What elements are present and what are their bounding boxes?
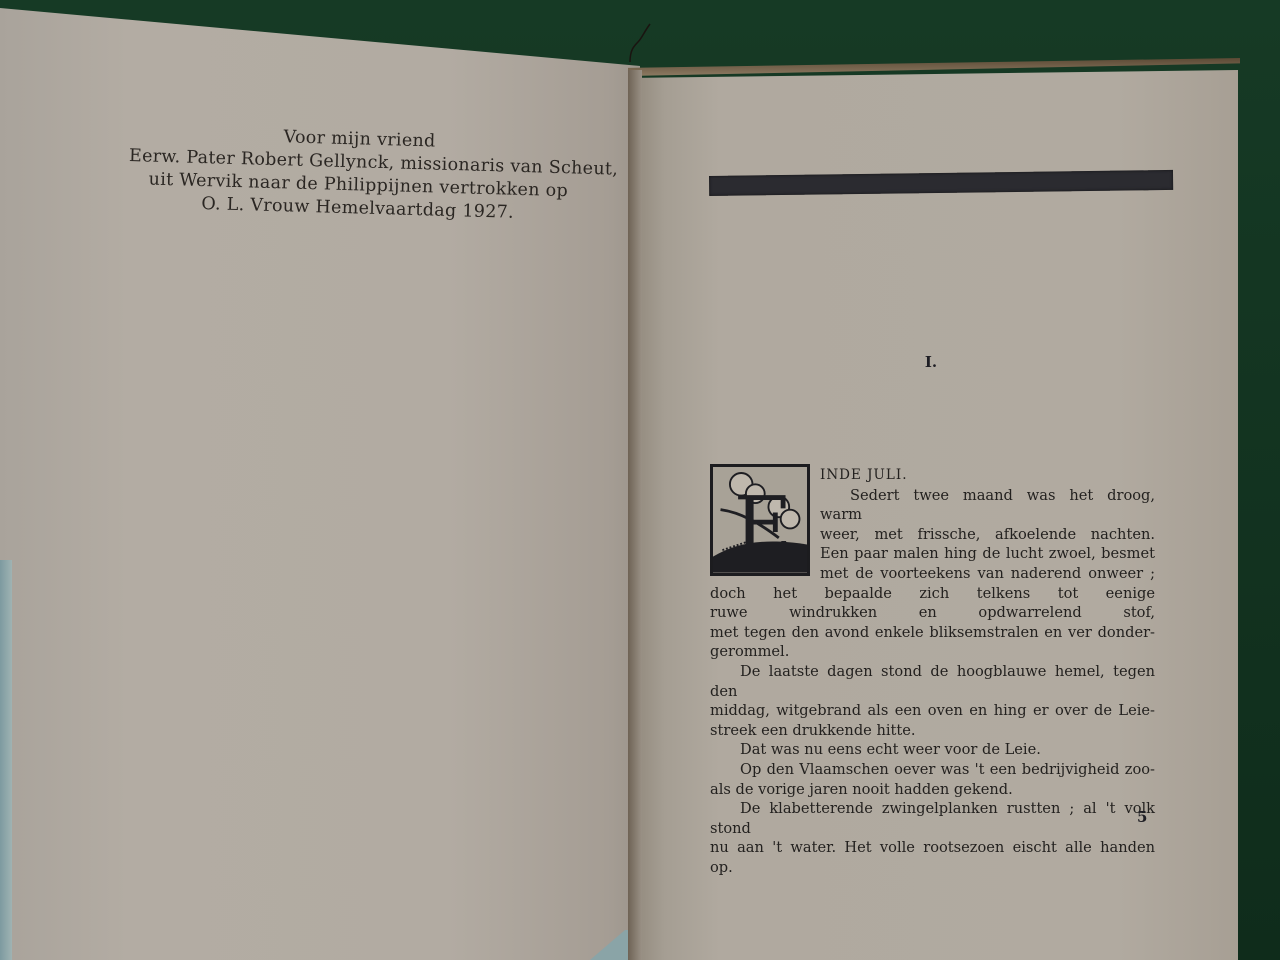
- page-number: 5: [1137, 808, 1147, 826]
- text-line: ruwe windrukken en opdwarrelend stof,: [710, 603, 1155, 623]
- text-line: De klabetterende zwingelplanken rustten …: [710, 799, 1155, 838]
- chapter-body-text: E INDE JULI. Sedert twee maand was het d…: [710, 466, 1155, 877]
- text-line: nu aan 't water. Het volle rootsezoen ei…: [710, 838, 1155, 858]
- decorative-initial-e-icon: E: [710, 464, 810, 576]
- text-line: met tegen den avond enkele bliksemstrale…: [710, 623, 1155, 643]
- svg-text:E: E: [734, 480, 793, 573]
- text-line: Op den Vlaamschen oever was 't een bedri…: [710, 760, 1155, 780]
- text-line: doch het bepaalde zich telkens tot eenig…: [710, 584, 1155, 604]
- text-line: op.: [710, 858, 1155, 878]
- text-line: middag, witgebrand als een oven en hing …: [710, 701, 1155, 721]
- book-gutter: [628, 70, 642, 960]
- text-line: streek een drukkende hitte.: [710, 721, 1155, 741]
- chapter-number: I.: [916, 353, 946, 371]
- left-cover-edge: [0, 560, 12, 960]
- text-line: De laatste dagen stond de hoogblauwe hem…: [710, 662, 1155, 701]
- text-line: als de vorige jaren nooit hadden gekend.: [710, 780, 1155, 800]
- dedication: Voor mijn vriend Eerw. Pater Robert Gell…: [127, 122, 589, 227]
- text-line: Dat was nu eens echt weer voor de Leie.: [710, 740, 1155, 760]
- bookmark-thread-icon: [622, 20, 652, 65]
- text-line: gerommel.: [710, 642, 1155, 662]
